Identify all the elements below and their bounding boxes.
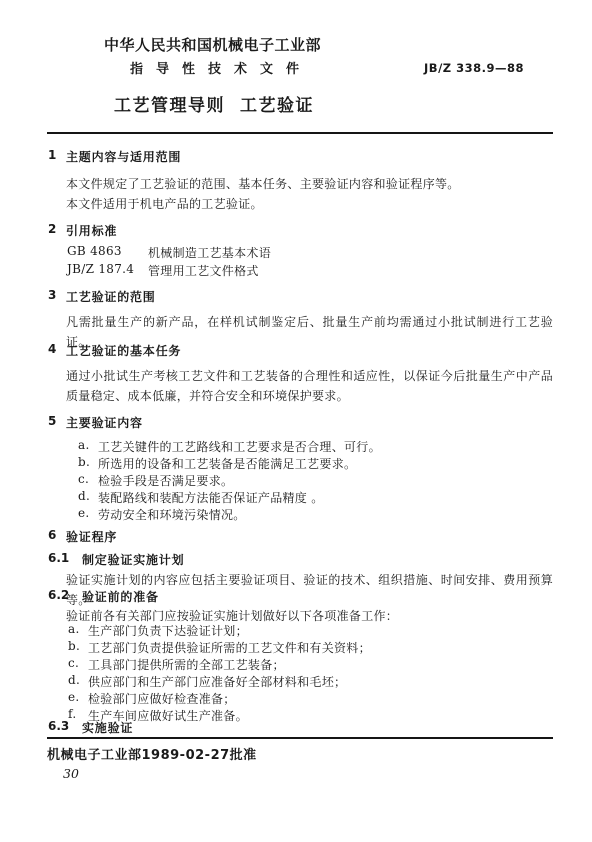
section-2-number: 2 (48, 222, 66, 239)
section-1-number: 1 (48, 148, 66, 165)
section-6-2-item-e: e. 检验部门应做好检查准备； (68, 690, 371, 707)
document-title-part2: 工艺验证 (240, 96, 314, 116)
section-6-1-heading: 6.1 制定验证实施计划 (48, 551, 184, 568)
item-marker: e. (68, 690, 88, 707)
section-5-item-a: a. 工艺关键件的工艺路线和工艺要求是否合理、可行。 (78, 438, 381, 455)
item-text: 供应部门和生产部门应准备好全部材料和毛坯； (88, 673, 346, 690)
item-marker: d. (68, 673, 88, 690)
item-marker: e. (78, 506, 98, 523)
section-3-heading: 3 工艺验证的范围 (48, 288, 156, 305)
section-6-1-title: 制定验证实施计划 (82, 551, 184, 568)
section-6-number: 6 (48, 528, 66, 545)
section-6-2-heading: 6.2 验证前的准备 (48, 588, 159, 605)
section-5-item-e: e. 劳动安全和环境污染情况。 (78, 506, 381, 523)
item-text: 生产部门负责下达验证计划； (88, 622, 248, 639)
reference-item-2: JB/Z 187.4 管理用工艺文件格式 (67, 262, 259, 279)
reference-1-name: 机械制造工艺基本术语 (148, 244, 271, 261)
item-marker: c. (68, 656, 88, 673)
item-marker: d. (78, 489, 98, 506)
item-text: 检验部门应做好检查准备； (88, 690, 236, 707)
section-5-item-b: b. 所选用的设备和工艺装备是否能满足工艺要求。 (78, 455, 381, 472)
reference-item-1: GB 4863 机械制造工艺基本术语 (67, 244, 271, 261)
section-2-heading: 2 引用标准 (48, 222, 117, 239)
approval-statement: 机械电子工业部1989-02-27批准 (47, 744, 257, 763)
ministry-name: 中华人民共和国机械电子工业部 (104, 34, 321, 55)
section-6-2-list: a. 生产部门负责下达验证计划； b. 工艺部门负责提供验证所需的工艺文件和有关… (68, 622, 371, 724)
item-text: 工艺关键件的工艺路线和工艺要求是否合理、可行。 (98, 438, 381, 455)
reference-1-code: GB 4863 (67, 244, 148, 261)
section-5-item-c: c. 检验手段是否满足要求。 (78, 472, 381, 489)
section-5-item-d: d. 装配路线和装配方法能否保证产品精度 。 (78, 489, 381, 506)
section-5-heading: 5 主要验证内容 (48, 414, 143, 431)
section-6-1-number: 6.1 (48, 551, 82, 568)
section-6-3-number: 6.3 (48, 719, 82, 736)
section-6-2-item-b: b. 工艺部门负责提供验证所需的工艺文件和有关资料； (68, 639, 371, 656)
section-6-3-heading: 6.3 实施验证 (48, 719, 133, 736)
page-number: 30 (63, 766, 79, 781)
section-6-3-title: 实施验证 (82, 719, 133, 736)
section-5-title: 主要验证内容 (66, 414, 143, 431)
item-marker: c. (78, 472, 98, 489)
item-text: 劳动安全和环境污染情况。 (98, 506, 246, 523)
item-text: 工具部门提供所需的全部工艺装备； (88, 656, 285, 673)
section-3-title: 工艺验证的范围 (66, 288, 156, 305)
standard-number: JB/Z 338.9—88 (424, 61, 524, 75)
document-title: 工艺管理导则工艺验证 (114, 91, 314, 116)
item-marker: a. (68, 622, 88, 639)
item-text: 所选用的设备和工艺装备是否能满足工艺要求。 (98, 455, 356, 472)
title-divider (47, 132, 553, 134)
reference-2-name: 管理用工艺文件格式 (148, 262, 259, 279)
section-5-list: a. 工艺关键件的工艺路线和工艺要求是否合理、可行。 b. 所选用的设备和工艺装… (78, 438, 381, 523)
item-text: 装配路线和装配方法能否保证产品精度 。 (98, 489, 324, 506)
section-6-title: 验证程序 (66, 528, 117, 545)
section-4-heading: 4 工艺验证的基本任务 (48, 342, 181, 359)
document-title-part1: 工艺管理导则 (114, 96, 225, 116)
section-1-paragraph-1: 本文件规定了工艺验证的范围、基本任务、主要验证内容和验证程序等。 (66, 174, 553, 194)
item-marker: b. (68, 639, 88, 656)
item-marker: b. (78, 455, 98, 472)
section-6-heading: 6 验证程序 (48, 528, 117, 545)
section-6-2-item-c: c. 工具部门提供所需的全部工艺装备； (68, 656, 371, 673)
section-6-2-item-a: a. 生产部门负责下达验证计划； (68, 622, 371, 639)
section-6-2-item-d: d. 供应部门和生产部门应准备好全部材料和毛坯； (68, 673, 371, 690)
section-6-2-title: 验证前的准备 (82, 588, 159, 605)
section-2-title: 引用标准 (66, 222, 117, 239)
item-text: 检验手段是否满足要求。 (98, 472, 233, 489)
section-1-paragraph-2: 本文件适用于机电产品的工艺验证。 (66, 194, 553, 214)
section-1-title: 主题内容与适用范围 (66, 148, 181, 165)
section-1-heading: 1 主题内容与适用范围 (48, 148, 181, 165)
footer-divider (47, 737, 553, 739)
item-text: 工艺部门负责提供验证所需的工艺文件和有关资料； (88, 639, 371, 656)
section-5-number: 5 (48, 414, 66, 431)
section-4-title: 工艺验证的基本任务 (66, 342, 181, 359)
reference-2-code: JB/Z 187.4 (67, 262, 148, 279)
section-3-number: 3 (48, 288, 66, 305)
section-4-number: 4 (48, 342, 66, 359)
section-6-2-number: 6.2 (48, 588, 82, 605)
document-type-label: 指导性技术文件 (130, 58, 312, 77)
document-page: 中华人民共和国机械电子工业部 指导性技术文件 JB/Z 338.9—88 工艺管… (0, 0, 592, 842)
section-4-paragraph: 通过小批试生产考核工艺文件和工艺装备的合理性和适应性，以保证今后批量生产中产品质… (66, 366, 553, 406)
item-marker: a. (78, 438, 98, 455)
